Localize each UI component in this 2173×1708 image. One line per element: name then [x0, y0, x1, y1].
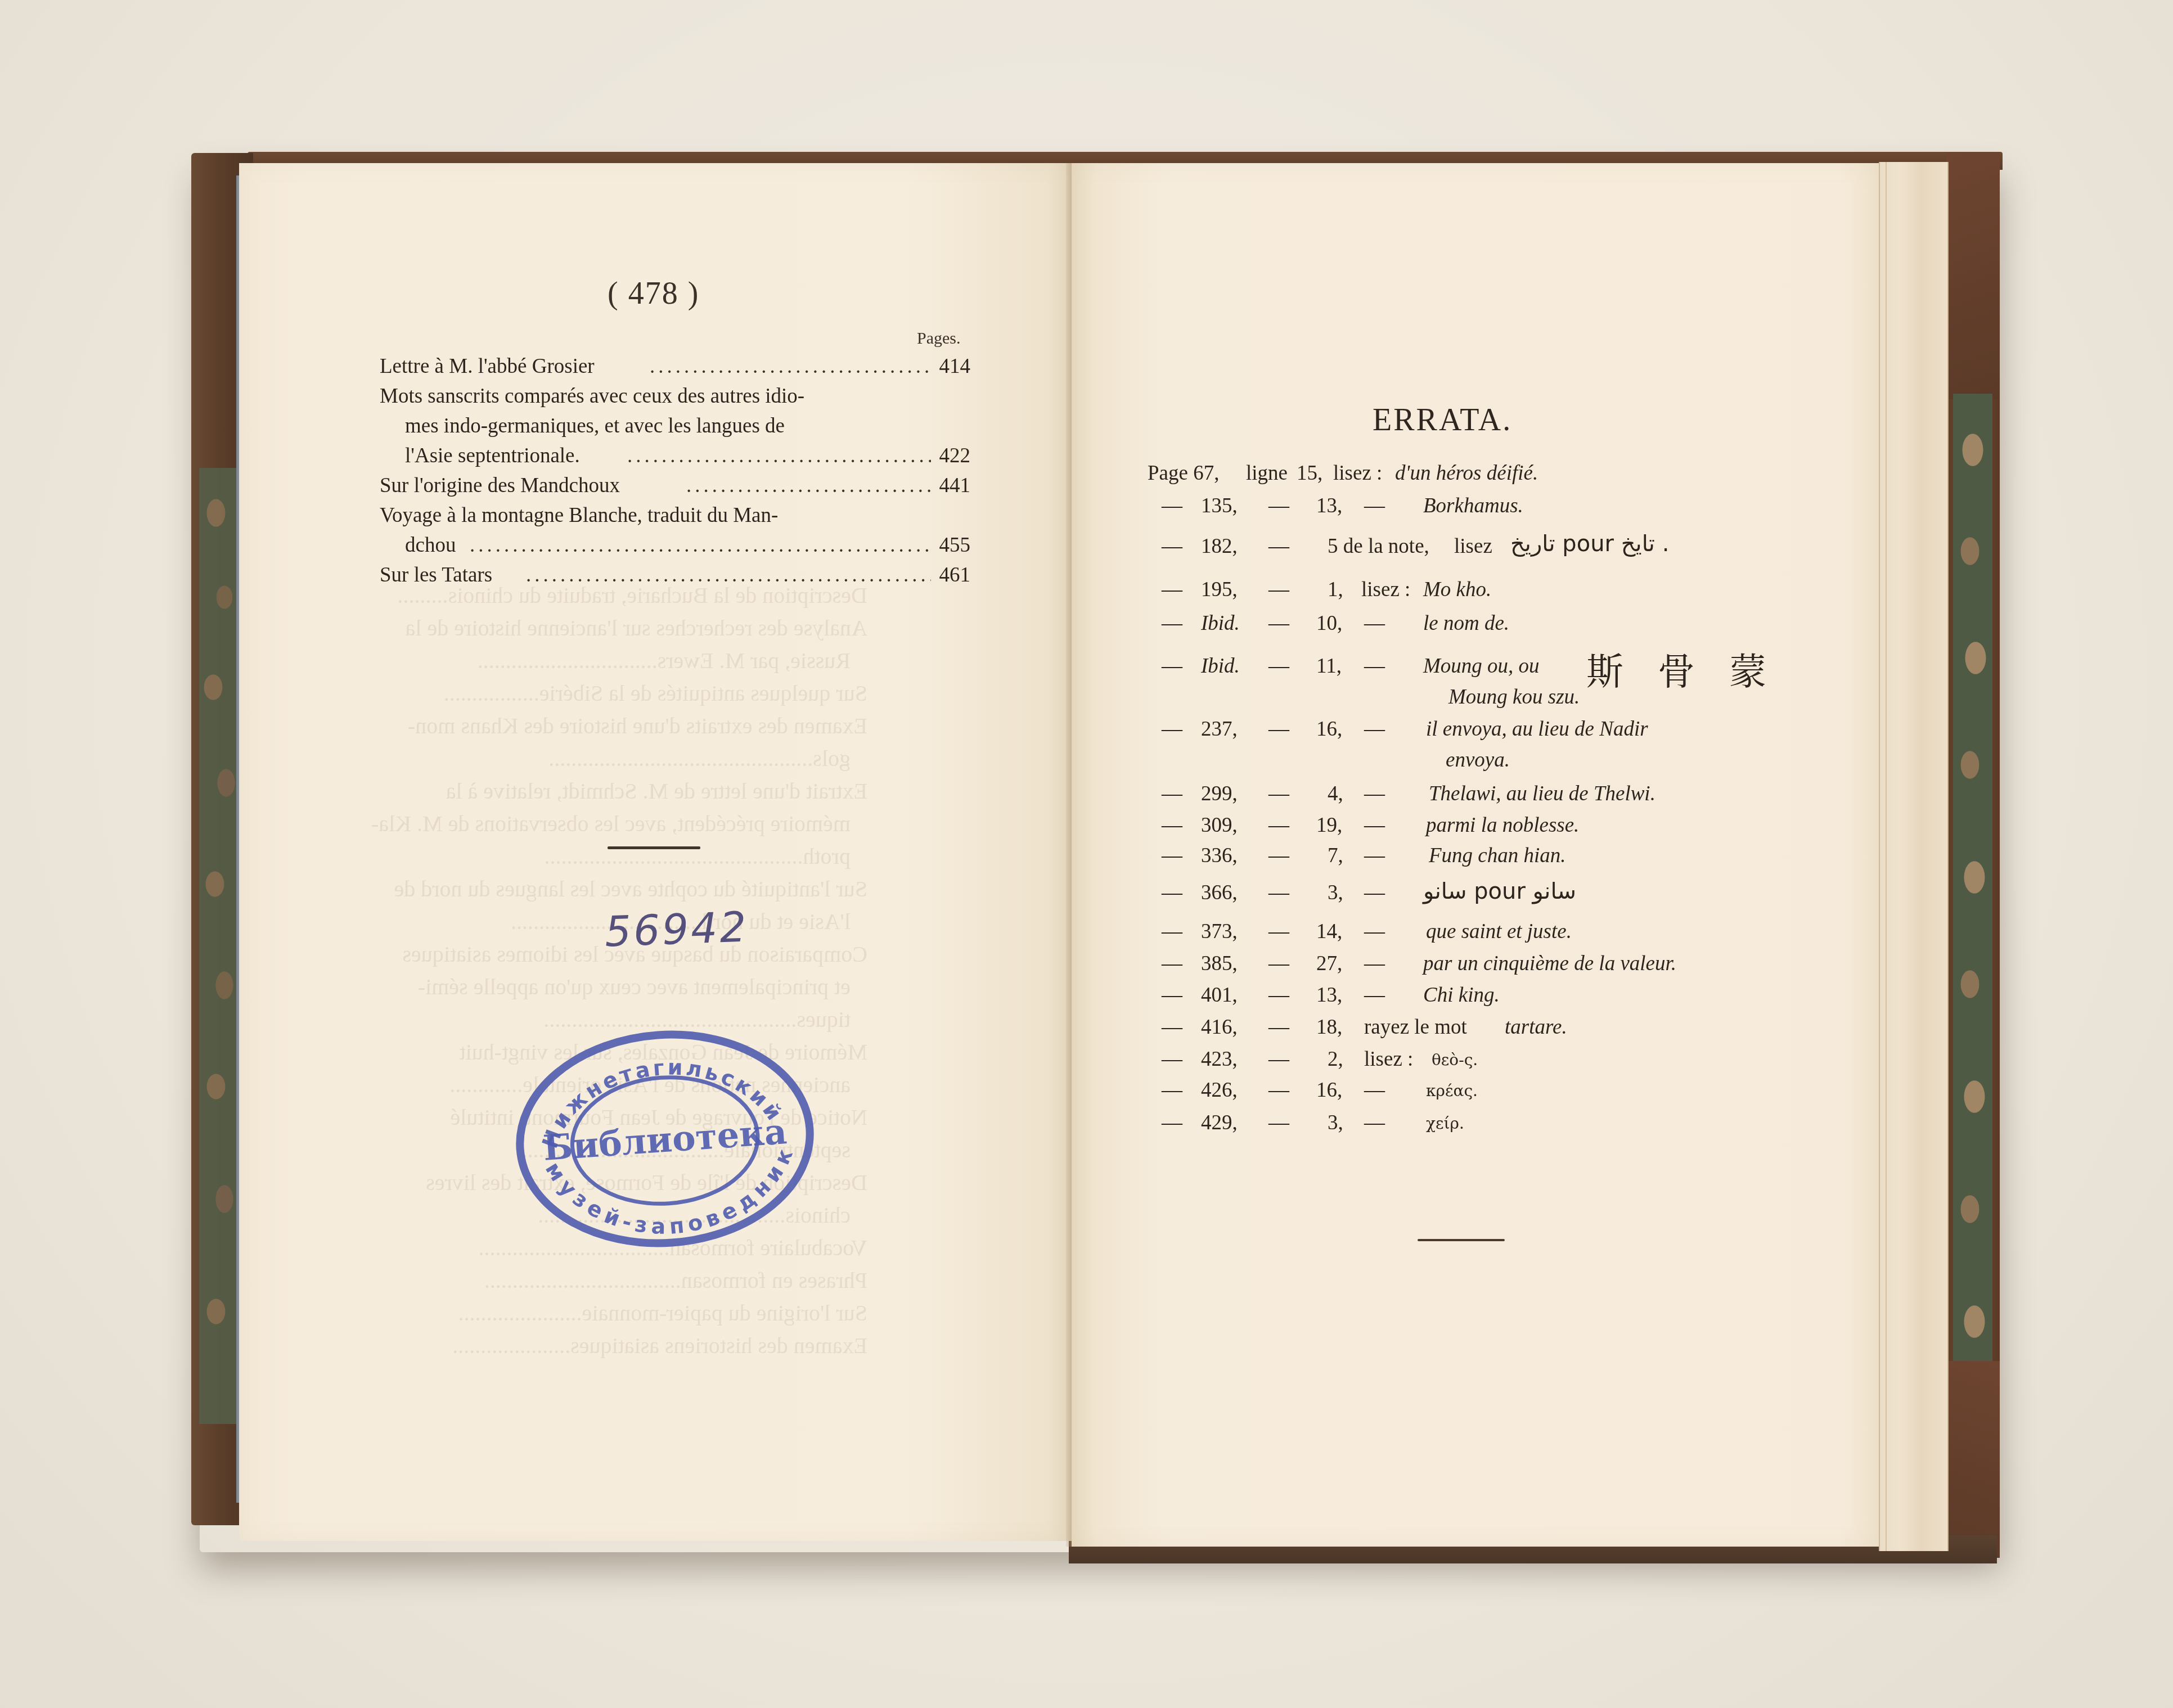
errata-action: rayez le mot [1364, 1015, 1467, 1039]
errata-correction-greek: κρέας. [1426, 1081, 1478, 1100]
errata-dash: — [1162, 1015, 1182, 1039]
errata-page: 385, [1201, 952, 1238, 976]
toc-entry-continued: l'Asie septentrionale. .................… [380, 441, 970, 471]
errata-page: 373, [1201, 920, 1238, 944]
errata-line: 14, [1316, 920, 1342, 944]
toc-entry-title: dchou [380, 530, 456, 560]
errata-page: 426, [1201, 1078, 1238, 1102]
errata-dash: — [1162, 654, 1182, 678]
toc-entry-title: mes indo-germaniques, et avec les langue… [380, 411, 785, 441]
toc-entry-page: 441 [939, 471, 971, 501]
errata-action: — [1364, 654, 1385, 678]
errata-dash: — [1162, 494, 1182, 518]
toc-entry: Sur les Tatars .........................… [380, 560, 970, 590]
errata-dash: — [1162, 844, 1182, 868]
errata-correction: d'un héros déifié. [1395, 461, 1538, 485]
toc-entry-title: Sur les Tatars [380, 560, 492, 590]
errata-dash: — [1162, 782, 1182, 806]
cover-right-board [1946, 152, 2000, 1558]
book-photo: Description de la Bucharie, traduite du … [0, 0, 2173, 1708]
errata-line: 16, [1316, 717, 1342, 741]
errata-correction: Moung ou, ou [1423, 654, 1540, 678]
dot-leader: ........................................… [650, 351, 931, 381]
pages-column-label: Pages. [917, 329, 961, 348]
handwritten-inventory-number: 56942 [604, 903, 749, 957]
errata-action: lisez : [1333, 461, 1382, 485]
errata-page: Ibid. [1201, 654, 1240, 678]
errata-dash: — [1162, 920, 1182, 944]
errata-line: 15, [1297, 461, 1322, 485]
errata-correction-cont: Moung kou szu. [1448, 685, 1580, 709]
errata-sep: — [1268, 983, 1289, 1007]
errata-page: 135, [1201, 494, 1238, 518]
errata-line: 13, [1316, 494, 1342, 518]
dot-leader: ........................................… [526, 560, 931, 590]
errata-correction-arabic: سانو pour سانو [1423, 878, 1576, 904]
marbled-paper-left [199, 468, 239, 1424]
errata-dash: — [1162, 983, 1182, 1007]
errata-dash: — [1162, 1078, 1182, 1102]
errata-action: — [1364, 1111, 1385, 1135]
errata-sep: — [1268, 881, 1289, 905]
errata-dash: — [1162, 611, 1182, 636]
errata-correction-arabic: تاريخ pour تايخ . [1510, 531, 1669, 557]
toc-entry-page: 414 [939, 351, 971, 381]
toc-entry-continued: mes indo-germaniques, et avec les langue… [380, 411, 970, 441]
errata-correction: Mo kho. [1423, 578, 1491, 602]
errata-action: — [1364, 983, 1385, 1007]
errata-page: Page 67, [1148, 461, 1219, 485]
errata-line: 19, [1316, 813, 1342, 837]
toc-entry-title: Lettre à M. l'abbé Grosier [380, 351, 595, 381]
section-rule [608, 846, 700, 849]
library-stamp: Нижнетагильский Библиотека музей-заповед… [507, 1019, 823, 1259]
errata-line: 10, [1316, 611, 1342, 636]
errata-page: 336, [1201, 844, 1238, 868]
toc-entry-page: 461 [939, 560, 971, 590]
errata-line: 3, [1328, 1111, 1343, 1135]
errata-heading: ERRATA. [1373, 402, 1512, 438]
errata-correction: tartare. [1505, 1015, 1567, 1039]
errata-correction-cont: envoya. [1446, 748, 1510, 772]
errata-correction: que saint et juste. [1426, 920, 1572, 944]
page-number: ( 478 ) [608, 276, 699, 312]
errata-correction: par un cinquième de la valeur. [1423, 952, 1676, 976]
errata-dash: — [1162, 717, 1182, 741]
errata-sep: — [1268, 1047, 1289, 1071]
toc-entry: Lettre à M. l'abbé Grosier .............… [380, 351, 970, 381]
errata-dash: — [1162, 1111, 1182, 1135]
errata-page: 366, [1201, 881, 1238, 905]
toc-entry-title: Sur l'origine des Mandchoux [380, 471, 620, 501]
page-stack-right [1879, 162, 1949, 1551]
errata-entry: — 135, — 13, — Borkhamus. [1148, 494, 1766, 529]
errata-action: — [1364, 1078, 1385, 1102]
errata-page: 309, [1201, 813, 1238, 837]
errata-dash: — [1162, 578, 1182, 602]
toc-entry-continued: dchou ..................................… [380, 530, 970, 560]
errata-dash: — [1162, 1047, 1182, 1071]
toc-entry-title: Voyage à la montagne Blanche, traduit du… [380, 501, 778, 530]
errata-sep: — [1268, 578, 1289, 602]
toc-entry: Sur l'origine des Mandchoux ............… [380, 471, 970, 501]
toc-entry-page: 422 [939, 441, 971, 471]
errata-sep: — [1268, 782, 1289, 806]
errata-correction: Thelawi, au lieu de Thelwi. [1429, 782, 1655, 806]
errata-sep: — [1268, 844, 1289, 868]
errata-sep: — [1268, 534, 1289, 558]
errata-page: 429, [1201, 1111, 1238, 1135]
dot-leader: ........................................… [627, 441, 931, 471]
errata-list: Page 67, ligne 15, lisez : d'un héros dé… [1148, 461, 1766, 529]
table-of-contents: Lettre à M. l'abbé Grosier .............… [380, 351, 970, 590]
errata-action: — [1364, 844, 1385, 868]
errata-action: — [1364, 611, 1385, 636]
toc-entry-title: l'Asie septentrionale. [380, 441, 580, 471]
errata-correction: Chi king. [1423, 983, 1500, 1007]
errata-action: — [1364, 920, 1385, 944]
errata-line: 18, [1316, 1015, 1342, 1039]
leather-corner-top [1946, 152, 2000, 399]
errata-line: 13, [1316, 983, 1342, 1007]
errata-action: lisez : [1364, 1047, 1413, 1071]
errata-action: — [1364, 952, 1385, 976]
dot-leader: ........................................… [470, 530, 931, 560]
errata-dash: — [1162, 952, 1182, 976]
errata-sep: — [1268, 1015, 1289, 1039]
end-rule [1418, 1239, 1505, 1241]
errata-line: 4, [1328, 782, 1343, 806]
errata-action: — [1364, 813, 1385, 837]
errata-line: 5 de la note, [1328, 534, 1429, 558]
toc-entry: Mots sanscrits comparés avec ceux des au… [380, 381, 970, 411]
errata-correction-greek: χείρ. [1426, 1114, 1464, 1133]
errata-page: Ibid. [1201, 611, 1240, 636]
errata-dash: — [1162, 813, 1182, 837]
errata-correction: il envoya, au lieu de Nadir [1426, 717, 1648, 741]
errata-page: 182, [1201, 534, 1238, 558]
errata-sep: — [1268, 717, 1289, 741]
errata-dash: — [1162, 881, 1182, 905]
errata-sep: — [1268, 1111, 1289, 1135]
errata-line: 1, [1328, 578, 1343, 602]
errata-correction-greek: θεὸ-ς. [1432, 1051, 1478, 1069]
errata-sep: — [1268, 494, 1289, 518]
errata-line: 27, [1316, 952, 1342, 976]
errata-sep: — [1268, 611, 1289, 636]
errata-page: 423, [1201, 1047, 1238, 1071]
marbled-paper-right [1953, 394, 1992, 1507]
errata-page: 237, [1201, 717, 1238, 741]
errata-line: 2, [1328, 1047, 1343, 1071]
toc-entry-title: Mots sanscrits comparés avec ceux des au… [380, 381, 804, 411]
toc-entry-page: 455 [939, 530, 971, 560]
errata-action: — [1364, 881, 1385, 905]
errata-action: — [1364, 717, 1385, 741]
errata-correction: le nom de. [1423, 611, 1509, 636]
errata-page: 299, [1201, 782, 1238, 806]
errata-page: 195, [1201, 578, 1238, 602]
errata-dash: — [1162, 534, 1182, 558]
errata-action: — [1364, 494, 1385, 518]
errata-line: 3, [1328, 881, 1343, 905]
errata-sep: ligne [1246, 461, 1288, 485]
errata-entry: Page 67, ligne 15, lisez : d'un héros dé… [1148, 461, 1766, 494]
errata-line: 11, [1316, 654, 1342, 678]
errata-correction: parmi la noblesse. [1426, 813, 1579, 837]
leather-corner-bottom [1946, 1361, 2000, 1558]
toc-entry: Voyage à la montagne Blanche, traduit du… [380, 501, 970, 530]
errata-sep: — [1268, 654, 1289, 678]
errata-line: 16, [1316, 1078, 1342, 1102]
errata-action: lisez [1454, 534, 1492, 558]
errata-sep: — [1268, 952, 1289, 976]
errata-page: 416, [1201, 1015, 1238, 1039]
errata-action: lisez : [1361, 578, 1410, 602]
errata-correction: Borkhamus. [1423, 494, 1523, 518]
dot-leader: ........................................… [686, 471, 931, 501]
errata-line: 7, [1328, 844, 1343, 868]
errata-sep: — [1268, 1078, 1289, 1102]
errata-correction: Fung chan hian. [1429, 844, 1566, 868]
errata-sep: — [1268, 920, 1289, 944]
errata-sep: — [1268, 813, 1289, 837]
errata-action: — [1364, 782, 1385, 806]
chinese-characters: 斯 骨 蒙 [1586, 642, 1778, 695]
errata-page: 401, [1201, 983, 1238, 1007]
